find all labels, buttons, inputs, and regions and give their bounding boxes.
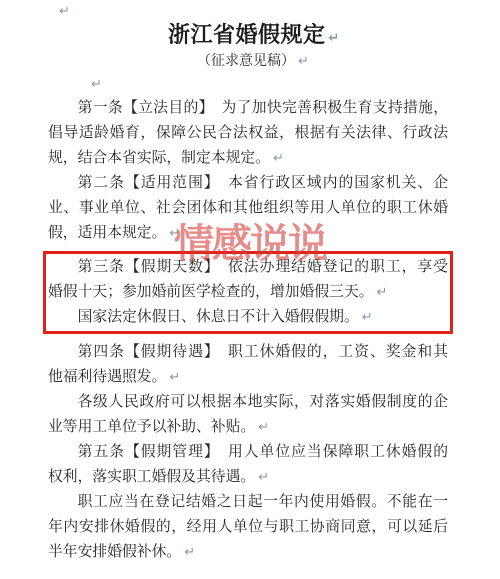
- body-line-text: 倡导适龄婚育，保障公民合法权益，根据有关法律、行政法: [48, 125, 448, 141]
- body-line: 规，结合本省实际，制定本规定。↵: [48, 146, 448, 171]
- body-line-text: 国家法定休假日、休息日不计入婚假假期。: [78, 309, 359, 325]
- document-page: ↵ 浙江省婚假规定↵ （征求意见稿）↵ ↵ 第一条【立法目的】 为了加快完善积极…: [0, 0, 500, 579]
- body-line: 他福利待遇照发。↵: [48, 365, 448, 390]
- body-line-text: 业等用工单位予以补助、补贴。: [48, 419, 255, 435]
- paragraph-mark-icon: ↵: [362, 310, 373, 325]
- empty-paragraph-line: ↵: [48, 72, 448, 96]
- paragraph-mark-icon: ↵: [273, 151, 284, 166]
- page-subtitle: （征求意见稿）↵: [48, 50, 448, 72]
- body-line: 第二条【适用范围】 本省行政区域内的国家机关、企: [48, 171, 448, 196]
- body-line: 各级人民政府可以根据本地实际，对落实婚假制度的企: [48, 390, 448, 415]
- body-line: 第四条【假期待遇】 职工休婚假的，工资、奖金和其: [48, 340, 448, 365]
- paragraph-mark-icon: ↵: [258, 470, 269, 485]
- body-line: 业等用工单位予以补助、补贴。↵: [48, 415, 448, 440]
- body-line-text: 第二条【适用范围】 本省行政区域内的国家机关、企: [78, 175, 448, 191]
- body-line-text: 业、事业单位、社会团体和其他组织等用人单位的职工休婚: [48, 200, 448, 216]
- body-line-text: 年内安排休婚假的，经用人单位与职工协商同意，可以延后: [48, 519, 448, 535]
- paragraph-mark-icon: ↵: [184, 545, 195, 560]
- empty-paragraph-line: ↵: [48, 0, 448, 20]
- body-line: 第三条【假期天数】 依法办理结婚登记的职工，享受: [48, 255, 448, 280]
- body-line: 业、事业单位、社会团体和其他组织等用人单位的职工休婚: [48, 196, 448, 221]
- paragraph-mark-icon: ↵: [298, 54, 309, 69]
- page-title: 浙江省婚假规定↵: [48, 20, 448, 50]
- paragraph-mark-icon: ↵: [169, 226, 180, 241]
- body-line: 第一条【立法目的】 为了加快完善积极生育支持措施，: [48, 96, 448, 121]
- body-line-text: 第四条【假期待遇】 职工休婚假的，工资、奖金和其: [78, 344, 448, 360]
- body-line-text: 婚假十天；参加婚前医学检查的，增加婚假三天。: [48, 284, 374, 300]
- paragraph-mark-icon: ↵: [258, 420, 269, 435]
- body-line-text: 规，结合本省实际，制定本规定。: [48, 150, 270, 166]
- body-line-text: 他福利待遇照发。: [48, 369, 166, 385]
- body-line: 婚假十天；参加婚前医学检查的，增加婚假三天。↵: [48, 280, 448, 305]
- document-body: 第一条【立法目的】 为了加快完善积极生育支持措施，倡导适龄婚育，保障公民合法权益…: [48, 96, 448, 565]
- body-line: 年内安排休婚假的，经用人单位与职工协商同意，可以延后: [48, 515, 448, 540]
- body-line: 第五条【假期管理】 用人单位应当保障职工休婚假的: [48, 440, 448, 465]
- body-line-text: 各级人民政府可以根据本地实际，对落实婚假制度的企: [78, 394, 448, 410]
- body-line-text: 第一条【立法目的】 为了加快完善积极生育支持措施，: [78, 100, 448, 116]
- body-line: 假，适用本规定。↵: [48, 221, 448, 246]
- paragraph-mark-icon: ↵: [59, 4, 70, 19]
- paragraph-mark-icon: ↵: [377, 285, 388, 300]
- body-line-text: 假，适用本规定。: [48, 225, 166, 241]
- paragraph-mark-icon: ↵: [329, 31, 340, 46]
- body-line: 半年安排婚假补休。↵: [48, 540, 448, 565]
- page-title-text: 浙江省婚假规定: [168, 22, 326, 47]
- page-subtitle-text: （征求意见稿）: [197, 52, 295, 68]
- body-line-text: 半年安排婚假补休。: [48, 544, 181, 560]
- body-line: 职工应当在登记结婚之日起一年内使用婚假。不能在一: [48, 490, 448, 515]
- paragraph-mark-icon: ↵: [169, 370, 180, 385]
- body-line-text: 第三条【假期天数】 依法办理结婚登记的职工，享受: [78, 259, 448, 275]
- document-content: ↵ 浙江省婚假规定↵ （征求意见稿）↵ ↵ 第一条【立法目的】 为了加快完善积极…: [0, 0, 500, 565]
- body-line-text: 职工应当在登记结婚之日起一年内使用婚假。不能在一: [78, 494, 448, 510]
- body-line-text: 第五条【假期管理】 用人单位应当保障职工休婚假的: [78, 444, 448, 460]
- paragraph-mark-icon: ↵: [91, 77, 102, 92]
- body-line: 国家法定休假日、休息日不计入婚假假期。↵: [48, 305, 448, 330]
- highlight-box: 第三条【假期天数】 依法办理结婚登记的职工，享受婚假十天；参加婚前医学检查的，增…: [43, 251, 453, 334]
- body-line-text: 权利，落实职工婚假及其待遇。: [48, 469, 255, 485]
- body-line: 权利，落实职工婚假及其待遇。↵: [48, 465, 448, 490]
- body-line: 倡导适龄婚育，保障公民合法权益，根据有关法律、行政法: [48, 121, 448, 146]
